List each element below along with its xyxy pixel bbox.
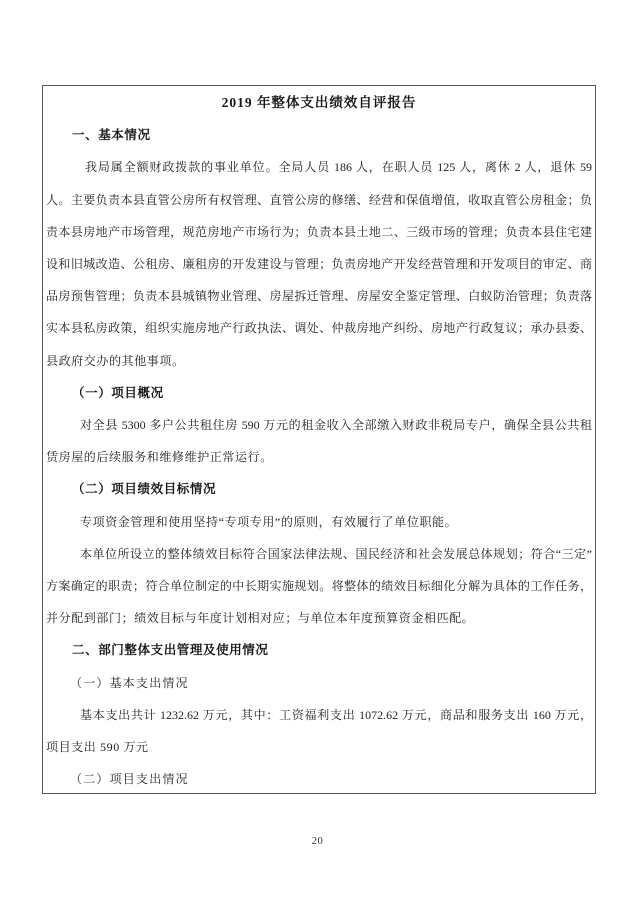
section-heading: （二）项目绩效目标情况 <box>46 473 592 505</box>
section-heading: （一）项目概况 <box>46 377 592 409</box>
report-blocks: 一、基本情况我局属全额财政拨款的事业单位。全局人员 186 人，在职人员 125… <box>46 119 592 794</box>
paragraph-line: 品房预售管理；负责本县城镇物业管理、房屋拆迁管理、房屋安全鉴定管理、白蚁防治管理… <box>46 280 592 312</box>
section-subheading: （二）项目支出情况 <box>46 763 592 794</box>
page-number: 20 <box>0 836 635 847</box>
section-subheading: （一）基本支出情况 <box>46 667 592 699</box>
paragraph-line: 责本县房地产市场管理，规范房地产市场行为；负责本县土地二、三级市场的管理；负责本… <box>46 216 592 248</box>
paragraph-line: 基本支出共计 1232.62 万元，其中：工资福利支出 1072.62 万元，商… <box>46 699 592 731</box>
paragraph-line: 人。主要负责本县直管公房所有权管理、直管公房的修缮、经营和保值增值，收取直管公房… <box>46 184 592 216</box>
paragraph-line: 赁房屋的后续服务和维修维护正常运行。 <box>46 441 592 473</box>
paragraph-line: 对全县 5300 多户公共租住房 590 万元的租金收入全部缴入财政非税局专户，… <box>46 409 592 441</box>
paragraph-line: 我局属全额财政拨款的事业单位。全局人员 186 人，在职人员 125 人，离休 … <box>46 151 592 183</box>
paragraph-line: 设和旧城改造、公租房、廉租房的开发建设与管理；负责房地产开发经营管理和开发项目的… <box>46 248 592 280</box>
paragraph-line: 项目支出 590 万元 <box>46 731 592 763</box>
paragraph-line: 并分配到部门；绩效目标与年度计划相对应；与单位本年度预算资金相匹配。 <box>46 602 592 634</box>
document-page: 2019 年整体支出绩效自评报告 一、基本情况我局属全额财政拨款的事业单位。全局… <box>0 0 635 898</box>
paragraph-line: 实本县私房政策，组织实施房地产行政执法、调处、仲裁房地产纠纷、房地产行政复议；承… <box>46 312 592 344</box>
paragraph-line: 专项资金管理和使用坚持“专项专用”的原则，有效履行了单位职能。 <box>46 506 592 538</box>
section-heading: 一、基本情况 <box>46 119 592 151</box>
section-heading: 二、部门整体支出管理及使用情况 <box>46 634 592 666</box>
report-title: 2019 年整体支出绩效自评报告 <box>46 87 592 119</box>
paragraph-line: 本单位所设立的整体绩效目标符合国家法律法规、国民经济和社会发展总体规划；符合“三… <box>46 538 592 570</box>
paragraph-line: 方案确定的职责；符合单位制定的中长期实施规划。将整体的绩效目标细化分解为具体的工… <box>46 570 592 602</box>
paragraph-line: 县政府交办的其他事项。 <box>46 345 592 377</box>
report-border-box: 2019 年整体支出绩效自评报告 一、基本情况我局属全额财政拨款的事业单位。全局… <box>42 85 596 794</box>
